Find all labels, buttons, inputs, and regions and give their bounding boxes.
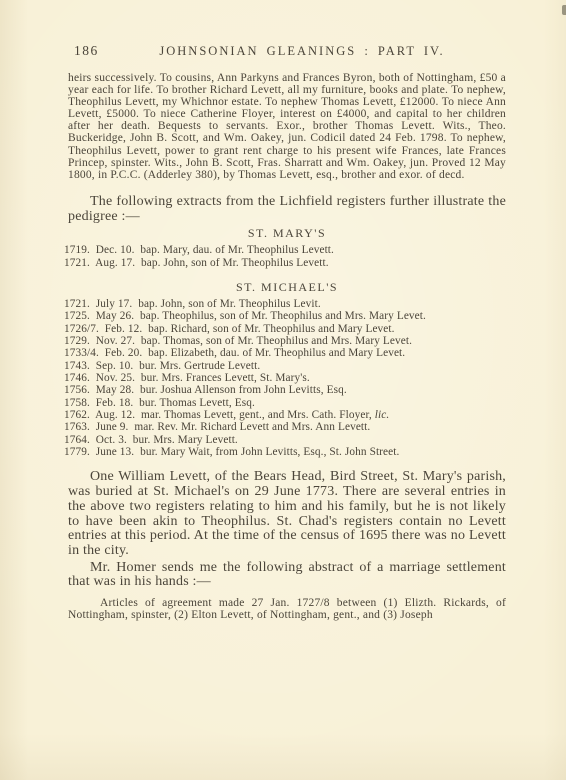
register-entry: 1779. June 13. bur. Mary Wait, from John… bbox=[64, 446, 506, 458]
st-michaels-register-list: 1721. July 17. bap. John, son of Mr. The… bbox=[64, 298, 506, 458]
page-header: 186 JOHNSONIAN GLEANINGS : PART IV. bbox=[68, 43, 506, 58]
will-abstract-paragraph: heirs successively. To cousins, Ann Park… bbox=[68, 72, 506, 181]
register-entry: 1729. Nov. 27. bap. Thomas, son of Mr. T… bbox=[64, 335, 506, 347]
register-entry: 1763. June 9. mar. Rev. Mr. Richard Leve… bbox=[64, 421, 506, 433]
register-entry: 1746. Nov. 25. bur. Mrs. Frances Levett,… bbox=[64, 372, 506, 384]
register-heading-st-michaels: ST. MICHAEL'S bbox=[68, 280, 506, 295]
st-marys-register-list: 1719. Dec. 10. bap. Mary, dau. of Mr. Th… bbox=[64, 244, 506, 269]
scan-artifact-speck bbox=[562, 5, 566, 15]
william-levett-paragraph: One William Levett, of the Bears Head, B… bbox=[68, 470, 506, 558]
register-entry-with-italic: 1762. Aug. 12. mar. Thomas Levett, gent.… bbox=[64, 409, 506, 421]
page-number: 186 bbox=[74, 43, 99, 59]
homer-intro-paragraph: Mr. Homer sends me the following abstrac… bbox=[68, 561, 506, 590]
register-entry-text: 1762. Aug. 12. mar. Thomas Levett, gent.… bbox=[64, 409, 372, 421]
register-entry: 1725. May 26. bap. Theophilus, son of Mr… bbox=[64, 310, 506, 322]
register-entry: 1758. Feb. 18. bur. Thomas Levett, Esq. bbox=[64, 397, 506, 409]
register-entry: 1733/4. Feb. 20. bap. Elizabeth, dau. of… bbox=[64, 347, 506, 359]
register-entry: 1721. July 17. bap. John, son of Mr. The… bbox=[64, 298, 506, 310]
register-entry: 1756. May 28. bur. Joshua Allenson from … bbox=[64, 384, 506, 396]
licence-abbreviation: lic. bbox=[375, 409, 390, 421]
book-page: 186 JOHNSONIAN GLEANINGS : PART IV. heir… bbox=[0, 0, 566, 780]
register-heading-st-marys: ST. MARY'S bbox=[68, 226, 506, 241]
register-entry: 1764. Oct. 3. bur. Mrs. Mary Levett. bbox=[64, 434, 506, 446]
register-entry: 1743. Sep. 10. bur. Mrs. Gertrude Levett… bbox=[64, 360, 506, 372]
articles-of-agreement-paragraph: Articles of agreement made 27 Jan. 1727/… bbox=[68, 597, 506, 621]
running-title: JOHNSONIAN GLEANINGS : PART IV. bbox=[98, 44, 506, 59]
register-entry: 1719. Dec. 10. bap. Mary, dau. of Mr. Th… bbox=[64, 244, 506, 256]
register-entry: 1721. Aug. 17. bap. John, son of Mr. The… bbox=[64, 257, 506, 269]
register-entry: 1726/7. Feb. 12. bap. Richard, son of Mr… bbox=[64, 323, 506, 335]
intro-paragraph: The following extracts from the Lichfiel… bbox=[68, 195, 506, 224]
